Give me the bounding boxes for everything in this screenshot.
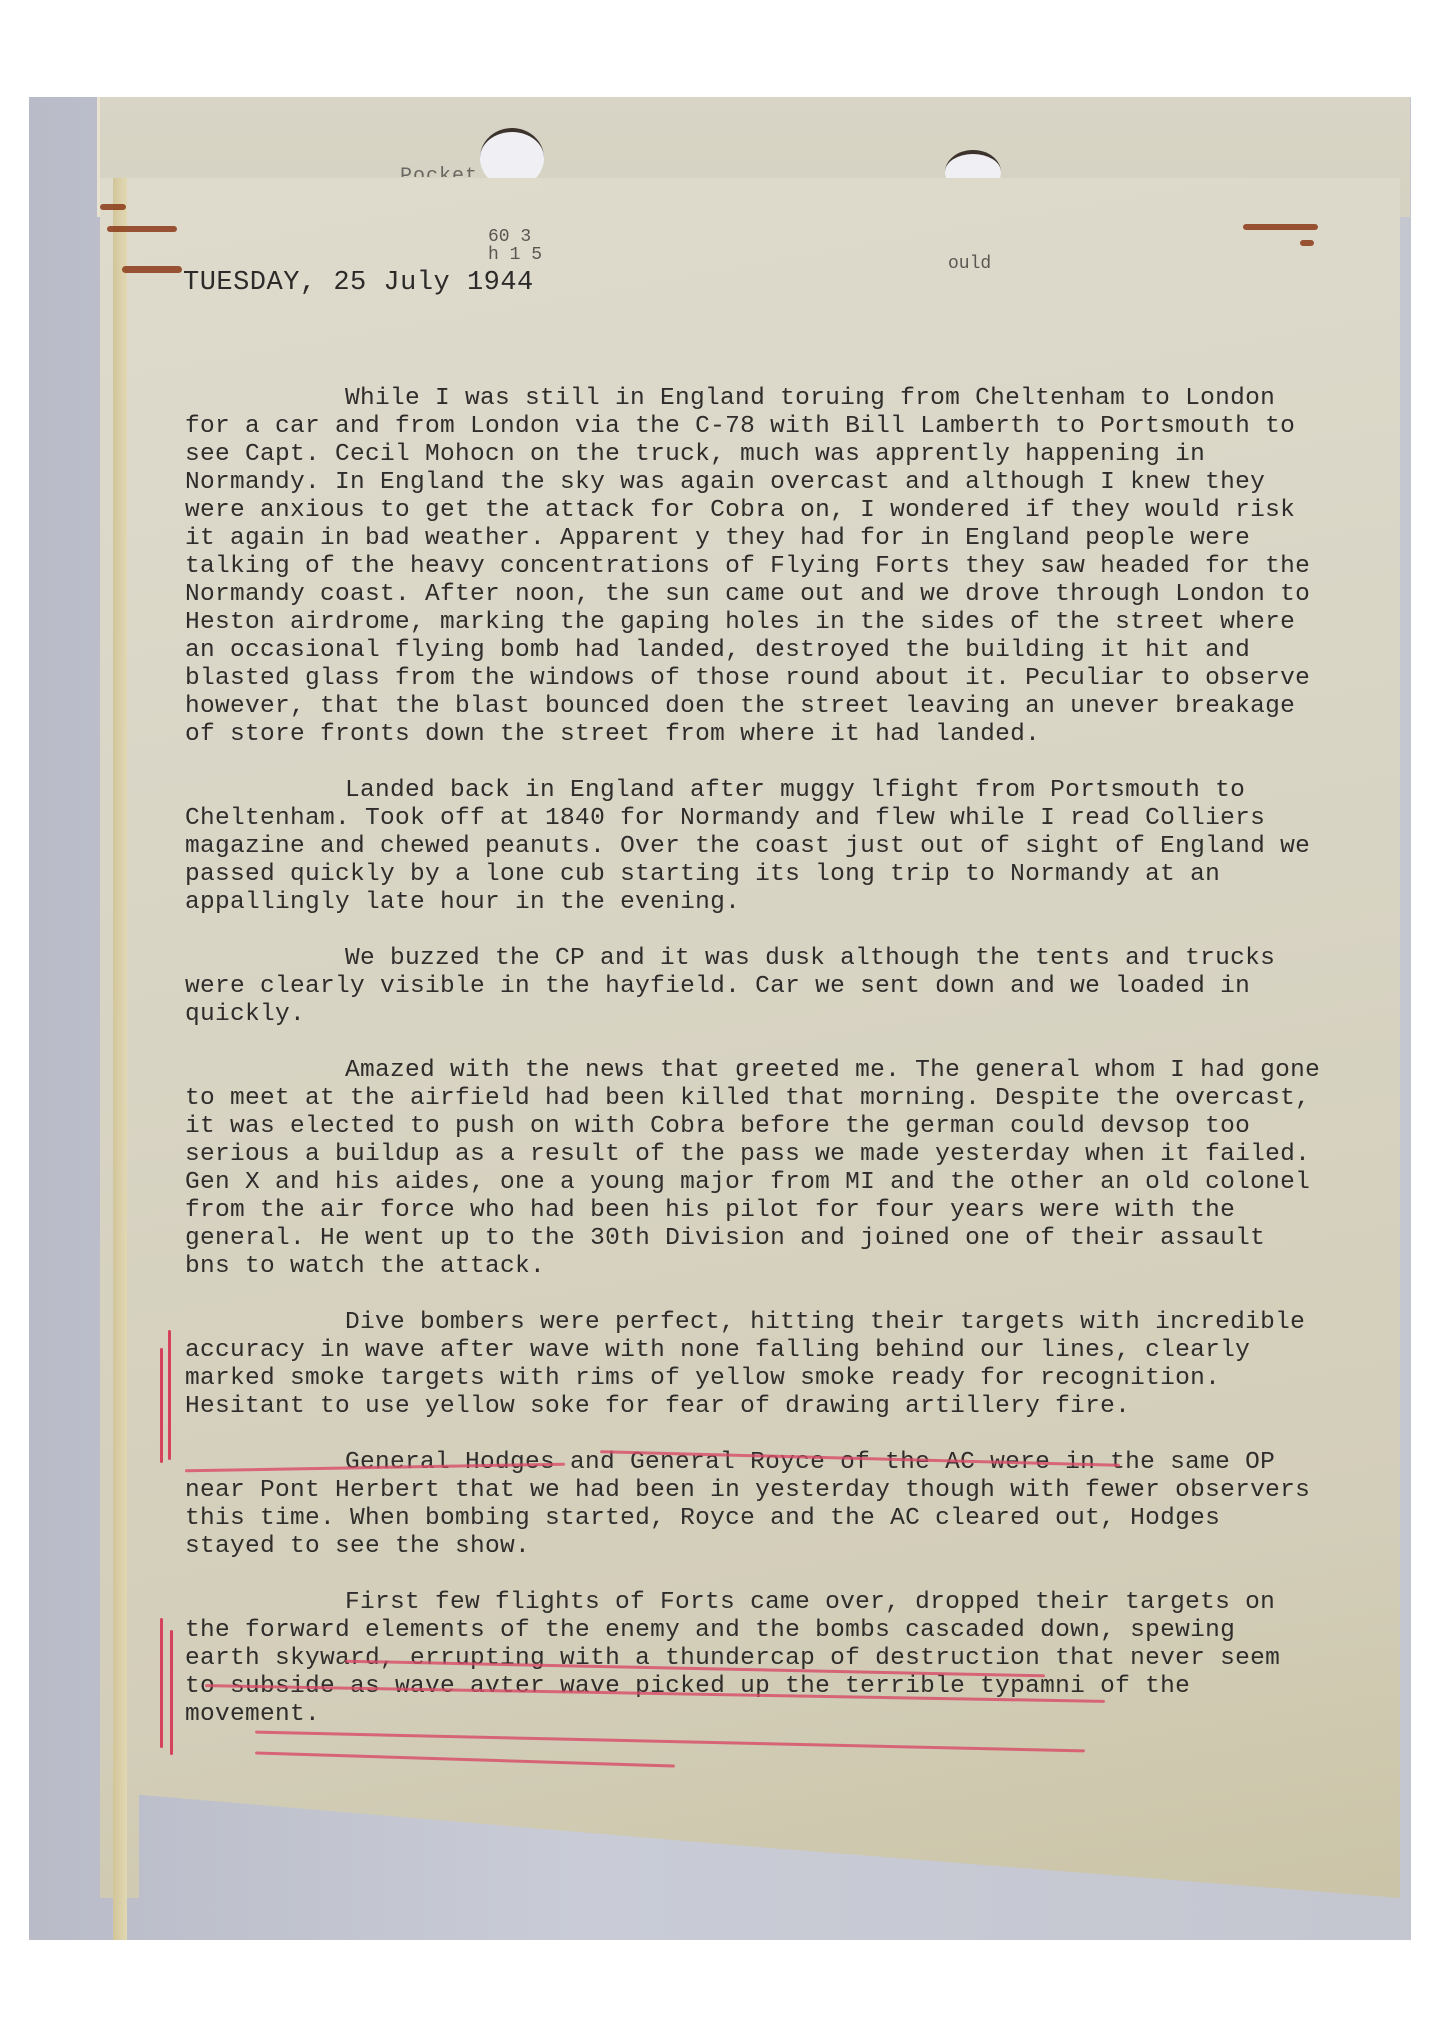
- paragraph: Dive bombers were perfect, hitting their…: [185, 1309, 1325, 1421]
- stamp-left: 60 3 h 1 5: [488, 228, 542, 264]
- rust-stain: [100, 204, 126, 210]
- stamp-right: ould: [948, 254, 991, 274]
- paragraph: Landed back in England after muggy lfigh…: [185, 777, 1325, 917]
- paragraph: Amazed with the news that greeted me. Th…: [185, 1057, 1325, 1281]
- rust-stain: [122, 266, 182, 273]
- paragraph: We buzzed the CP and it was dusk althoug…: [185, 945, 1325, 1029]
- margin-mark: [160, 1348, 163, 1463]
- date-heading: TUESDAY, 25 July 1944: [183, 268, 534, 298]
- margin-mark: [160, 1618, 163, 1748]
- rust-stain: [107, 226, 177, 232]
- margin-mark: [170, 1630, 173, 1755]
- rust-stain: [1243, 224, 1318, 230]
- document-body: While I was still in England toruing fro…: [185, 385, 1325, 1757]
- rust-stain: [1300, 240, 1314, 246]
- paper-edge: [113, 178, 127, 1940]
- margin-mark: [168, 1330, 171, 1460]
- paragraph: While I was still in England toruing fro…: [185, 385, 1325, 749]
